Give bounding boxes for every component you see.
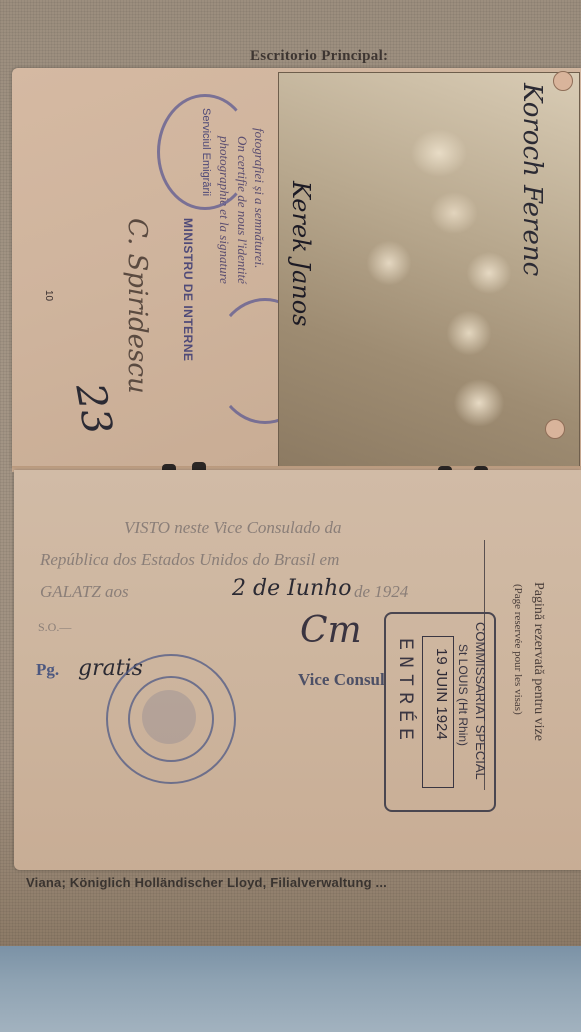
consul-signature: Cm [300,610,362,651]
entry-stamp-word: ENTRÉE [393,638,416,746]
photo-handwriting-left: Kerek Janos [287,181,315,327]
reserved-label: Pagină rezervată pentru vize [530,582,546,741]
cover-bottom-label: Viana; Königlich Holländischer Lloyd, Fi… [26,875,581,890]
photo-handwriting-top: Koroch Ferenc [517,83,547,276]
entry-stamp-line1: COMMISSARIAT SPECIAL [473,622,488,780]
ministry-label: MINISTRU DE INTERNE [181,218,195,362]
page-number: 10 [43,290,54,301]
entry-stamp-date: 19 JUIN 1924 [433,648,450,740]
brazil-consulate-seal [106,654,236,784]
fee-reference: S.O.— [38,620,71,635]
handwritten-number: 23 [66,380,120,438]
visa-date-printed: de 1924 [354,582,408,602]
entry-stamp: COMMISSARIAT SPECIAL St LOUIS (Ht Rhin) … [384,612,496,812]
cover-top-label: Escritorio Principal: [250,48,388,65]
visa-date-handwritten: 2 de Iunho [232,576,352,601]
reserved-sublabel: (Page reservée pour les visas) [512,584,524,715]
punch-hole-bottom [545,419,565,439]
consul-title: Vice Consul [298,670,385,690]
visa-line-3: GALATZ aos [40,582,129,602]
official-signature: C. Spiridescu [122,218,152,394]
entry-stamp-line2: St LOUIS (Ht Rhin) [456,644,470,746]
visa-line-2: República dos Estados Unidos do Brasil e… [40,550,339,570]
family-photo: Koroch Ferenc Kerek Janos [278,72,580,470]
fee-label: Pg. [36,660,59,680]
visa-line-1: VISTO neste Vice Consulado da [124,518,342,538]
lower-page: VISTO neste Vice Consulado da República … [14,470,581,870]
punch-hole-top [553,71,573,91]
ministry-stamp [157,94,253,210]
table-surface [0,946,581,1032]
printed-line-1: fotografiei și a semnăturei. [251,128,267,268]
